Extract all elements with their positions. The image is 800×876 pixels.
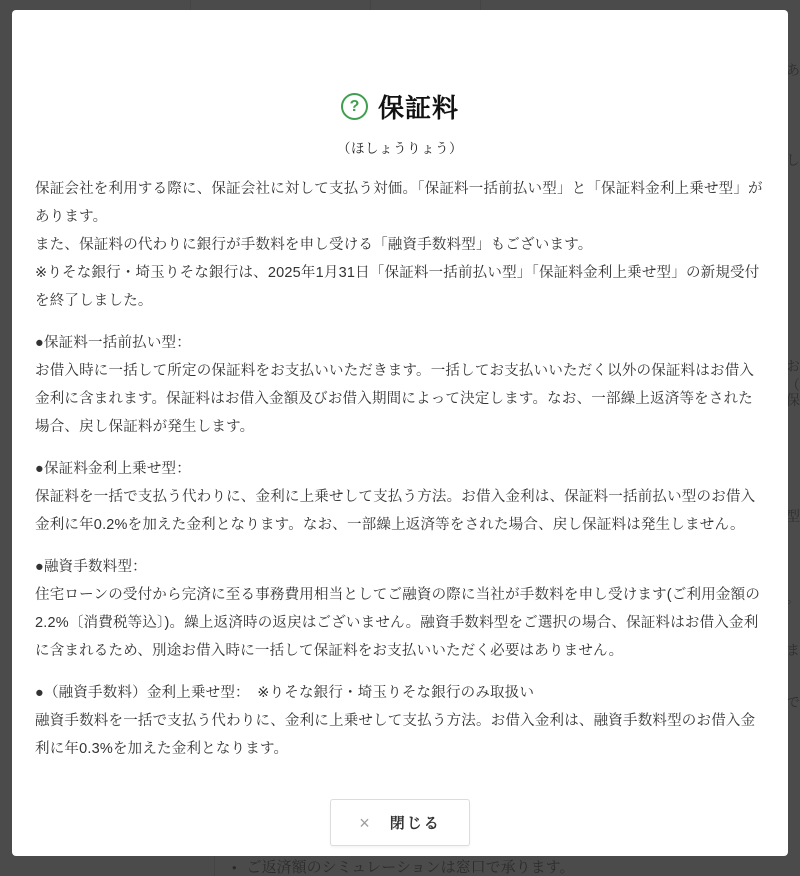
section-heading: ●（融資手数料）金利上乗せ型： ※りそな銀行・埼玉りそな銀行のみ取扱い: [35, 679, 765, 707]
section-rate-added: ●保証料金利上乗せ型： 保証料を一括で支払う代わりに、金利に上乗せして支払う方法…: [35, 455, 765, 539]
close-icon: ×: [359, 814, 370, 832]
section-body: 保証料を一括で支払う代わりに、金利に上乗せして支払う方法。お借入金利は、保証料一…: [35, 483, 765, 539]
guarantee-fee-modal: ? 保証料 （ほしょうりょう） 保証会社を利用する際に、保証会社に対して支払う対…: [12, 10, 788, 856]
section-heading: ●保証料一括前払い型：: [35, 329, 765, 357]
section-body: お借入時に一括して所定の保証料をお支払いいただきます。一括してお支払いいただく以…: [35, 357, 765, 441]
close-button-label: 閉じる: [390, 812, 441, 833]
section-body: 融資手数料を一括で支払う代わりに、金利に上乗せして支払う方法。お借入金利は、融資…: [35, 707, 765, 763]
title-reading: （ほしょうりょう）: [35, 137, 765, 157]
section-lump-sum-prepaid: ●保証料一括前払い型： お借入時に一括して所定の保証料をお支払いいただきます。一…: [35, 329, 765, 441]
intro-line: 保証会社を利用する際に、保証会社に対して支払う対価。「保証料一括前払い型」と「保…: [35, 175, 765, 231]
section-heading: ●保証料金利上乗せ型：: [35, 455, 765, 483]
close-button[interactable]: × 閉じる: [330, 799, 470, 846]
section-heading: ●融資手数料型：: [35, 553, 765, 581]
section-loan-fee-rate-added: ●（融資手数料）金利上乗せ型： ※りそな銀行・埼玉りそな銀行のみ取扱い 融資手数…: [35, 679, 765, 763]
section-body: 住宅ローンの受付から完済に至る事務費用相当としてご融資の際に当社が手数料を申し受…: [35, 581, 765, 665]
intro-line: ※りそな銀行・埼玉りそな銀行は、2025年1月31日「保証料一括前払い型」「保証…: [35, 259, 765, 315]
modal-header: ? 保証料: [35, 88, 765, 125]
intro-paragraph: 保証会社を利用する際に、保証会社に対して支払う対価。「保証料一括前払い型」と「保…: [35, 175, 765, 315]
intro-line: また、保証料の代わりに銀行が手数料を申し受ける「融資手数料型」もございます。: [35, 231, 765, 259]
section-loan-fee-type: ●融資手数料型： 住宅ローンの受付から完済に至る事務費用相当としてご融資の際に当…: [35, 553, 765, 665]
modal-footer: × 閉じる: [12, 799, 788, 846]
page-title: 保証料: [378, 88, 459, 125]
question-circle-icon: ?: [341, 93, 368, 120]
